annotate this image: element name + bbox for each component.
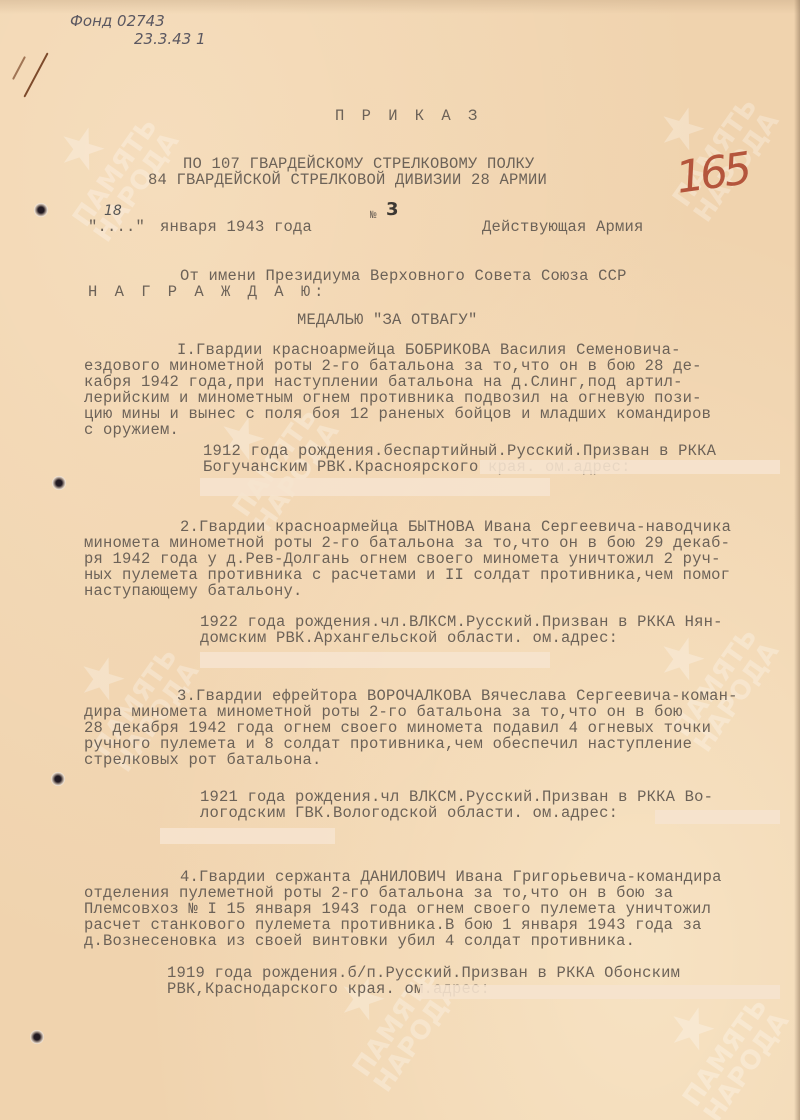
punch-hole [52, 476, 66, 490]
location: Действующая Армия [482, 219, 644, 235]
redacted-address [655, 810, 780, 824]
entry-line: расчет станкового пулемета противника.В … [84, 917, 702, 933]
paper-edge [794, 0, 800, 1120]
sheet-number: 165 [673, 143, 751, 204]
punch-hole [34, 203, 48, 217]
entry-line: ездового минометной роты 2-го батальона … [84, 358, 702, 374]
entry-line: отделения пулеметной роты 2-го батальона… [84, 885, 673, 901]
entry-line: с оружием. [84, 422, 179, 438]
punch-hole [30, 1030, 44, 1044]
order-number-label: № [370, 208, 377, 224]
entry-line: стрелковых рот батальона. [84, 752, 322, 768]
punch-hole [51, 772, 65, 786]
award-verb: Н А Г Р А Ж Д А Ю: [88, 284, 327, 300]
entry-line: 4.Гвардии сержанта ДАНИЛОВИЧ Ивана Григо… [180, 869, 722, 885]
redacted-address [200, 652, 550, 668]
entry-line: ря 1942 года у д.Рев-Долгань огнем своег… [84, 551, 721, 567]
entry-line: I.Гвардии красноармейца БОБРИКОВА Васили… [177, 342, 681, 358]
entry-line: наступающему батальону. [84, 583, 303, 599]
date-text: января 1943 года [160, 219, 312, 235]
bio-line: домским РВК.Архангельской области. ом.ад… [200, 630, 618, 646]
bio-line: логодским ГВК.Вологодской области. ом.ад… [200, 805, 618, 821]
entry-line: 28 декабря 1942 года огнем своего миноме… [84, 720, 711, 736]
redacted-address [200, 478, 550, 496]
redacted-address [420, 985, 780, 999]
award-heading: МЕДАЛЬЮ "ЗА ОТВАГУ" [297, 312, 478, 328]
entry-line: цию мины и вынес с поля боя 12 раненых б… [84, 406, 711, 422]
redacted-address [160, 828, 335, 844]
preamble-line: От имени Президиума Верховного Совета Со… [180, 268, 627, 284]
entry-line: д.Вознесеновка из своей винтовки убил 4 … [84, 933, 635, 949]
entry-line: Племсовхоз № I 15 января 1943 года огнем… [84, 901, 711, 917]
unit-line-2: 84 ГВАРДЕЙСКОЙ СТРЕЛКОВОЙ ДИВИЗИИ 28 АРМ… [148, 172, 547, 188]
date-quote: "...." [88, 219, 145, 235]
date-day: 18 [104, 203, 122, 219]
entry-line: 3.Гвардии ефрейтора ВОРОЧАЛКОВА Вячеслав… [177, 688, 738, 704]
order-number: 3 [386, 202, 399, 218]
entry-line: 2.Гвардии красноармейца БЫТНОВА Ивана Се… [180, 519, 731, 535]
entry-line: дира миномета минометной роты 2-го батал… [84, 704, 683, 720]
document-title: П Р И К А З [335, 108, 481, 124]
entry-line: ных пулемета противника с расчетами и II… [84, 567, 730, 583]
entry-line: кабря 1942 года,при наступлении батальон… [84, 374, 683, 390]
entry-line: лерийским и минометным огнем противника … [84, 390, 702, 406]
redacted-address [480, 460, 780, 474]
unit-line-1: ПО 107 ГВАРДЕЙСКОМУ СТРЕЛКОВОМУ ПОЛКУ [183, 156, 535, 172]
entry-line: ручного пулемета и 8 солдат противника,ч… [84, 736, 692, 752]
bio-line: 1922 года рождения.чл.ВЛКСМ.Русский.Приз… [200, 614, 723, 630]
archive-note: Фонд 02743 23.3.43 1 [70, 12, 206, 48]
entry-line: миномета минометной роты 2-го батальона … [84, 535, 730, 551]
bio-line: 1919 года рождения.б/п.Русский.Призван в… [167, 965, 680, 981]
bio-line: 1921 года рождения.чл ВЛКСМ.Русский.Приз… [200, 789, 713, 805]
bio-line: 1912 года рождения.беспартийный.Русский.… [203, 443, 716, 459]
